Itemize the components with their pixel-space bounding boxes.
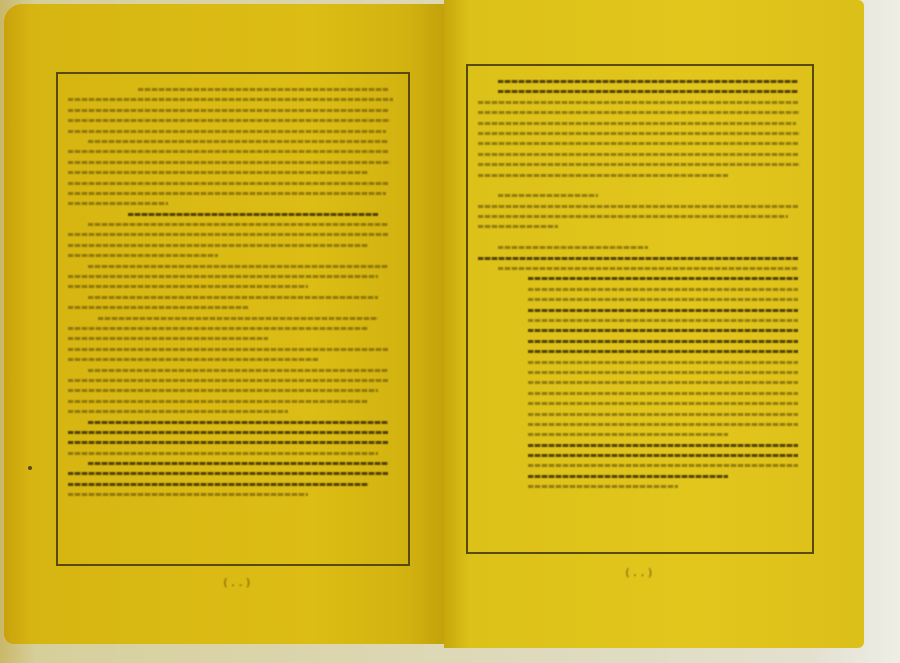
text-line xyxy=(478,163,800,166)
text-line xyxy=(68,379,388,382)
left-page: (..) xyxy=(4,4,444,644)
text-line xyxy=(528,340,798,343)
text-line xyxy=(88,296,378,299)
left-page-text-block xyxy=(68,88,398,504)
text-line xyxy=(528,475,728,478)
text-line xyxy=(478,257,798,260)
text-line xyxy=(68,431,388,434)
text-line xyxy=(478,225,558,228)
text-line xyxy=(478,122,796,125)
text-line xyxy=(68,202,168,205)
open-booklet: (..) (..) xyxy=(4,4,864,644)
text-line xyxy=(68,119,390,122)
text-line xyxy=(68,254,218,257)
text-line xyxy=(68,400,368,403)
text-line xyxy=(528,413,798,416)
text-line xyxy=(528,454,798,457)
text-line xyxy=(88,369,388,372)
text-line xyxy=(528,298,798,301)
ink-mark xyxy=(28,466,32,470)
text-line xyxy=(68,472,388,475)
text-line xyxy=(88,265,388,268)
text-line xyxy=(528,361,798,364)
text-line xyxy=(68,233,388,236)
text-line xyxy=(68,285,308,288)
text-line xyxy=(528,423,798,426)
left-page-text-frame xyxy=(56,72,410,566)
text-line xyxy=(478,142,798,145)
text-line xyxy=(98,317,378,320)
text-line xyxy=(68,98,393,101)
text-line xyxy=(68,493,308,496)
text-line xyxy=(528,350,798,353)
text-line xyxy=(68,182,388,185)
text-line xyxy=(128,213,378,216)
text-line xyxy=(68,410,288,413)
text-line xyxy=(68,389,378,392)
text-line xyxy=(498,90,798,93)
text-line xyxy=(498,246,648,249)
text-line xyxy=(68,150,388,153)
text-line xyxy=(88,223,388,226)
text-line xyxy=(68,348,388,351)
right-page: (..) xyxy=(444,0,864,648)
text-line xyxy=(88,140,388,143)
text-line xyxy=(68,441,388,444)
text-line xyxy=(528,433,728,436)
text-line xyxy=(528,444,798,447)
text-line xyxy=(478,174,728,177)
text-line xyxy=(528,288,798,291)
text-line xyxy=(68,109,388,112)
text-line xyxy=(478,111,800,114)
text-line xyxy=(88,421,388,424)
text-line xyxy=(68,483,368,486)
text-line xyxy=(498,80,798,83)
text-line xyxy=(478,205,798,208)
left-page-number: (..) xyxy=(222,576,253,589)
text-line xyxy=(528,277,798,280)
text-line xyxy=(528,309,798,312)
text-line xyxy=(68,192,386,195)
text-line xyxy=(528,371,798,374)
text-line xyxy=(478,215,788,218)
text-line xyxy=(88,462,388,465)
text-line xyxy=(528,485,678,488)
text-line xyxy=(528,464,798,467)
right-page-text-frame xyxy=(466,64,814,554)
text-line xyxy=(498,194,598,197)
text-line xyxy=(68,171,368,174)
text-line xyxy=(68,244,368,247)
text-line xyxy=(528,329,798,332)
text-line xyxy=(478,153,798,156)
text-line xyxy=(68,327,368,330)
text-line xyxy=(68,275,378,278)
text-line xyxy=(68,306,248,309)
text-line xyxy=(478,101,798,104)
text-line xyxy=(68,337,268,340)
text-line xyxy=(478,132,800,135)
text-line xyxy=(68,452,378,455)
text-line xyxy=(528,392,798,395)
text-line xyxy=(68,161,390,164)
right-page-text-block xyxy=(478,80,802,496)
text-line xyxy=(528,402,798,405)
text-line xyxy=(528,381,798,384)
text-line xyxy=(138,88,388,91)
text-line xyxy=(68,130,386,133)
text-line xyxy=(498,267,798,270)
text-line xyxy=(68,358,318,361)
right-page-number: (..) xyxy=(624,566,655,579)
text-line xyxy=(528,319,798,322)
